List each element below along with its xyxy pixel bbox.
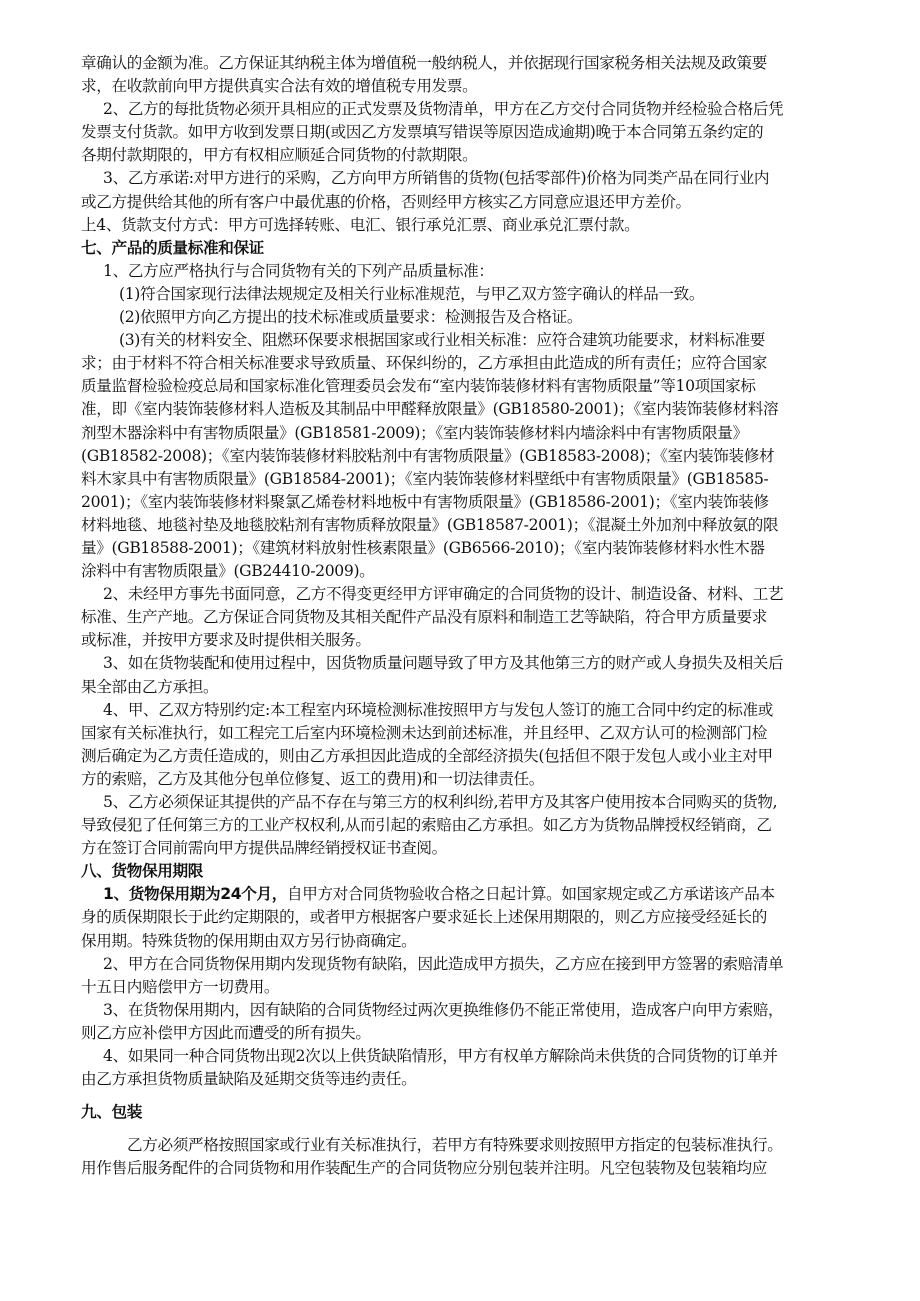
paragraph-line: 量》(GB18588-2001)；《建筑材料放射性核素限量》(GB6566-20…: [81, 537, 851, 560]
clause-7-4: 4、甲、乙双方特别约定:本工程室内环境检测标准按照甲方与发包人签订的施工合同中约…: [81, 699, 851, 722]
clause-8-4: 4、如果同一种合同货物出现2次以上供货缺陷情形，甲方有权单方解除尚未供货的合同货…: [81, 1045, 851, 1068]
paragraph-line: (GB18582-2008)；《室内装饰装修材料胶粘剂中有害物质限量》(GB18…: [81, 445, 851, 468]
paragraph-line: 料木家具中有害物质限量》(GB18584-2001)；《室内装饰装修材料壁纸中有…: [81, 468, 851, 491]
paragraph-line: 2001)；《室内装饰装修材料聚氯乙烯卷材料地板中有害物质限量》(GB18586…: [81, 491, 851, 514]
paragraph-line: 各期付款期限的，甲方有权相应顺延合同货物的付款期限。: [81, 144, 851, 167]
clause-8-1: 1、货物保用期为24个月，自甲方对合同货物验收合格之日起计算。如国家规定或乙方承…: [81, 883, 851, 906]
clause-7-3: 3、如在货物装配和使用过程中，因货物质量问题导致了甲方及其他第三方的财产或人身损…: [81, 652, 851, 675]
paragraph-line: 求；由于材料不符合相关标准要求导致质量、环保纠纷的，乙方承担由此造成的所有责任；…: [81, 352, 851, 375]
warranty-period-emphasis: 1、货物保用期为24个月，: [103, 885, 287, 903]
paragraph-line: 发票支付货款。如甲方收到发票日期(或因乙方发票填写错误等原因造成逾期)晚于本合同…: [81, 121, 851, 144]
clause-text: 自甲方对合同货物验收合格之日起计算。如国家规定或乙方承诺该产品本: [287, 885, 775, 903]
paragraph-line: 章确认的金额为准。乙方保证其纳税主体为增值税一般纳税人，并依据现行国家税务相关法…: [81, 52, 851, 75]
paragraph-line: 标准、生产产地。乙方保证合同货物及其相关配件产品没有原料和制造工艺等缺陷，符合甲…: [81, 606, 851, 629]
clause-7-5: 5、乙方必须保证其提供的产品不存在与第三方的权利纠纷,若甲方及其客户使用按本合同…: [81, 791, 851, 814]
clause-7-1-item-3: (3)有关的材料安全、阻燃环保要求根据国家或行业相关标准：应符合建筑功能要求，材…: [81, 329, 851, 352]
paragraph-line: 用作售后服务配件的合同货物和用作装配生产的合同货物应分别包装并注明。凡空包装物及…: [81, 1157, 851, 1180]
clause-7-1-item-2: (2)依照甲方向乙方提出的技术标准或质量要求：检测报告及合格证。: [81, 306, 851, 329]
clause-6-4: 上4、货款支付方式：甲方可选择转账、电汇、银行承兑汇票、商业承兑汇票付款。: [81, 214, 851, 237]
paragraph-line: 剂型木器涂料中有害物质限量》(GB18581-2009)；《室内装饰装修材料内墙…: [81, 422, 851, 445]
clause-6-3: 3、乙方承诺:对甲方进行的采购，乙方向甲方所销售的货物(包括零部件)价格为同类产…: [81, 167, 851, 190]
section-heading-8: 八、货物保用期限: [81, 860, 851, 883]
paragraph-line: 保用期。特殊货物的保用期由双方另行协商确定。: [81, 930, 851, 953]
contract-document-page: 章确认的金额为准。乙方保证其纳税主体为增值税一般纳税人，并依据现行国家税务相关法…: [81, 52, 851, 1181]
paragraph-line: 方在签订合同前需向甲方提供品牌经销授权证书查阅。: [81, 837, 851, 860]
paragraph-line: 准，即《室内装饰装修材料人造板及其制品中甲醛释放限量》(GB18580-2001…: [81, 398, 851, 421]
paragraph-line: 材料地毯、地毯衬垫及地毯胶粘剂有害物质释放限量》(GB18587-2001)；《…: [81, 514, 851, 537]
paragraph-line: 或乙方提供给其他的所有客户中最优惠的价格，否则经甲方核实乙方同意应退还甲方差价。: [81, 191, 851, 214]
clause-8-2: 2、甲方在合同货物保用期内发现货物有缺陷，因此造成甲方损失，乙方应在接到甲方签署…: [81, 953, 851, 976]
paragraph-line: 由乙方承担货物质量缺陷及延期交货等违约责任。: [81, 1068, 851, 1091]
section-heading-7: 七、产品的质量标准和保证: [81, 237, 851, 260]
packaging-paragraph: 乙方必须严格按照国家或行业有关标准执行，若甲方有特殊要求则按照甲方指定的包装标准…: [81, 1134, 851, 1157]
spacer: [81, 1124, 851, 1134]
paragraph-line: 导致侵犯了任何第三方的工业产权权利,从而引起的索赔由乙方承担。如乙方为货物品牌授…: [81, 814, 851, 837]
paragraph-line: 或标准，并按甲方要求及时提供相关服务。: [81, 629, 851, 652]
paragraph-line: 涂料中有害物质限量》(GB24410-2009)。: [81, 560, 851, 583]
paragraph-line: 十五日内赔偿甲方一切费用。: [81, 976, 851, 999]
section-heading-9: 九、包装: [81, 1101, 851, 1124]
clause-7-2: 2、未经甲方事先书面同意，乙方不得变更经甲方评审确定的合同货物的设计、制造设备、…: [81, 583, 851, 606]
paragraph-line: 则乙方应补偿甲方因此而遭受的所有损失。: [81, 1022, 851, 1045]
clause-6-2: 2、乙方的每批货物必须开具相应的正式发票及货物清单，甲方在乙方交付合同货物并经检…: [81, 98, 851, 121]
clause-7-1-item-1: (1)符合国家现行法律法规规定及相关行业标准规范，与甲乙双方签字确认的样品一致。: [81, 283, 851, 306]
paragraph-line: 果全部由乙方承担。: [81, 676, 851, 699]
paragraph-line: 方的索赔，乙方及其他分包单位修复、返工的费用)和一切法律责任。: [81, 768, 851, 791]
paragraph-line: 测后确定为乙方责任造成的，则由乙方承担因此造成的全部经济损失(包括但不限于发包人…: [81, 745, 851, 768]
paragraph-line: 质量监督检验检疫总局和国家标准化管理委员会发布“室内装饰装修材料有害物质限量”等…: [81, 375, 851, 398]
spacer: [81, 1091, 851, 1101]
paragraph-line: 身的质保期限长于此约定期限的，或者甲方根据客户要求延长上述保用期限的，则乙方应接…: [81, 906, 851, 929]
clause-7-1: 1、乙方应严格执行与合同货物有关的下列产品质量标准：: [81, 260, 851, 283]
paragraph-line: 国家有关标准执行，如工程完工后室内环境检测未达到前述标准，并且经甲、乙双方认可的…: [81, 722, 851, 745]
paragraph-line: 求，在收款前向甲方提供真实合法有效的增值税专用发票。: [81, 75, 851, 98]
clause-8-3: 3、在货物保用期内，因有缺陷的合同货物经过两次更换维修仍不能正常使用，造成客户向…: [81, 999, 851, 1022]
